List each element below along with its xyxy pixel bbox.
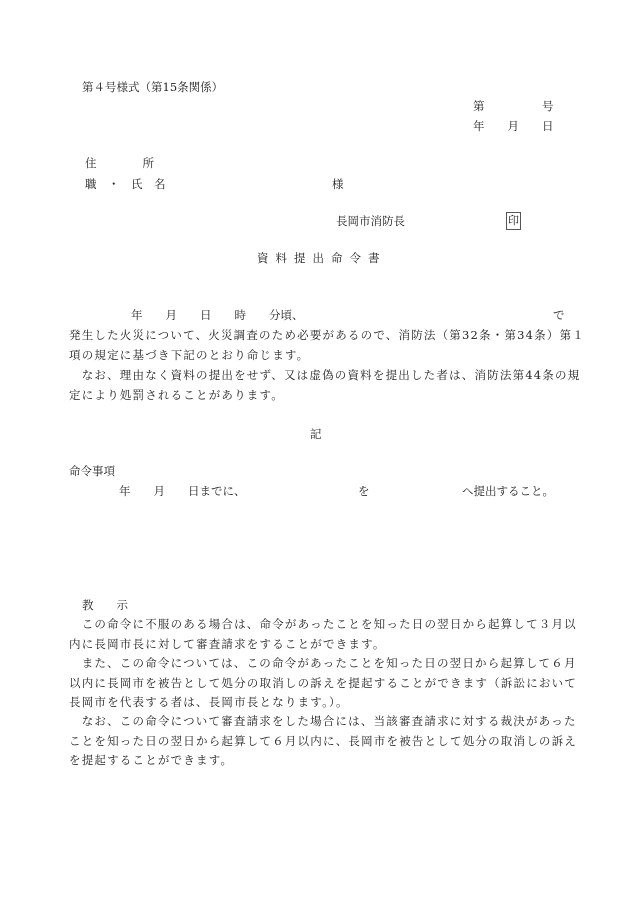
instruction-line: 長岡市を代表する者は、長岡市長となります。）。 bbox=[69, 695, 349, 709]
instruction-line: なお、この命令について審査請求をした場合には、当該審査請求に対する裁決があった bbox=[69, 714, 577, 728]
instruction-line: 内に長岡市長に対して審査請求をすることができます。 bbox=[69, 637, 386, 651]
address-label: 住 所 bbox=[85, 156, 154, 170]
instruction-line: を提起することができます。 bbox=[69, 753, 233, 767]
instruction-line: 以内に長岡市を被告として処分の取消しの訴えを提起することができます（訴訟において bbox=[69, 676, 577, 690]
instruction-heading: 教 示 bbox=[82, 598, 128, 612]
honorific: 様 bbox=[332, 177, 344, 191]
form-number-label: 第４号様式（第15条関係） bbox=[82, 80, 223, 94]
order-submit-to: へ提出すること。 bbox=[462, 484, 554, 498]
instruction-line: この命令に不服のある場合は、命令があったことを知った日の翌日から起算して３月以 bbox=[69, 617, 577, 631]
order-object: を bbox=[358, 484, 370, 498]
issuer-name: 長岡市消防長 bbox=[336, 214, 405, 228]
document-number: 第 号 bbox=[473, 99, 554, 113]
fire-location-suffix: で bbox=[553, 308, 565, 322]
body-line: 項の規定に基づき下記のとおり命じます。 bbox=[69, 348, 309, 362]
document-title: 資料提出命令書 bbox=[257, 251, 387, 265]
record-mark: 記 bbox=[310, 427, 322, 441]
name-label: 職 ・ 氏 名 bbox=[85, 177, 166, 191]
seal-mark: 印 bbox=[506, 212, 521, 230]
penalty-notice: 定により処罰されることがあります。 bbox=[69, 388, 284, 402]
instruction-line: また、この命令については、この命令があったことを知った日の翌日から起算して６月 bbox=[69, 656, 577, 670]
order-deadline: 年 月 日までに、 bbox=[119, 484, 246, 498]
penalty-notice: なお、理由なく資料の提出をせず、又は虚偽の資料を提出した者は、消防法第44条の規 bbox=[69, 368, 580, 382]
order-heading: 命令事項 bbox=[69, 464, 115, 478]
body-line: 発生した火災について、火災調査のため必要があるので、消防法（第32条・第34条）… bbox=[69, 328, 585, 342]
instruction-line: ことを知った日の翌日から起算して６月以内に、長岡市を被告として処分の取消しの訴え bbox=[69, 734, 577, 748]
fire-datetime: 年 月 日 時 分頃、 bbox=[131, 308, 304, 322]
issue-date: 年 月 日 bbox=[473, 119, 554, 133]
